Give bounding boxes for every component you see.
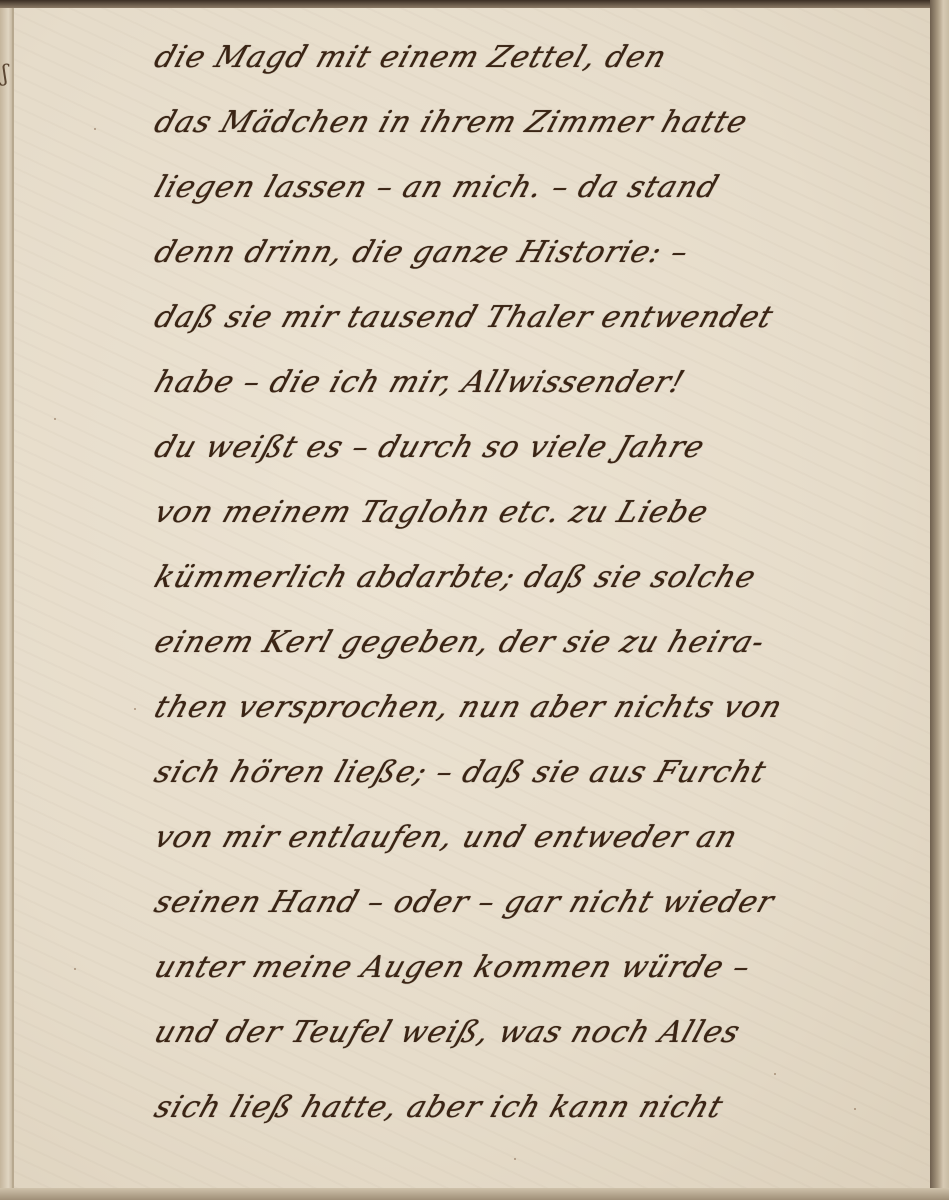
text-line: unter meine Augen kommen würde – — [150, 950, 931, 985]
paper-speck — [74, 968, 76, 970]
text-line: die Magd mit einem Zettel, den — [150, 40, 931, 75]
page-right-edge — [930, 0, 949, 1200]
paper-speck — [514, 1158, 516, 1160]
text-line: seinen Hand – oder – gar nicht wieder — [150, 885, 931, 920]
text-line: then versprochen, nun aber nichts von — [150, 690, 931, 725]
page-top-edge — [0, 0, 949, 8]
page-bottom-edge — [0, 1188, 949, 1200]
text-line: einem Kerl gegeben, der sie zu heira- — [150, 625, 931, 660]
paper-speck — [134, 708, 136, 710]
text-line: kümmerlich abdarbte; daß sie solche — [150, 560, 931, 595]
text-line: daß sie mir tausend Thaler entwendet — [150, 300, 931, 335]
text-line: von mir entlaufen, und entweder an — [150, 820, 931, 855]
text-line: sich hören ließe; – daß sie aus Furcht — [150, 755, 931, 790]
text-line: sich ließ hatte, aber ich kann nicht — [150, 1090, 931, 1125]
margin-mark: ʃ — [2, 62, 8, 87]
text-line: denn drinn, die ganze Historie: – — [150, 235, 931, 270]
paper-speck — [774, 1073, 776, 1075]
text-line: du weißt es – durch so viele Jahre — [150, 430, 931, 465]
text-line: und der Teufel weiß, was noch Alles — [150, 1015, 931, 1050]
paper-speck — [94, 128, 96, 130]
text-line: von meinem Taglohn etc. zu Liebe — [150, 495, 931, 530]
text-line: liegen lassen – an mich. – da stand — [150, 170, 931, 205]
text-line: das Mädchen in ihrem Zimmer hatte — [150, 105, 931, 140]
paper-speck — [54, 418, 56, 420]
text-line: habe – die ich mir, Allwissender! — [150, 365, 931, 400]
